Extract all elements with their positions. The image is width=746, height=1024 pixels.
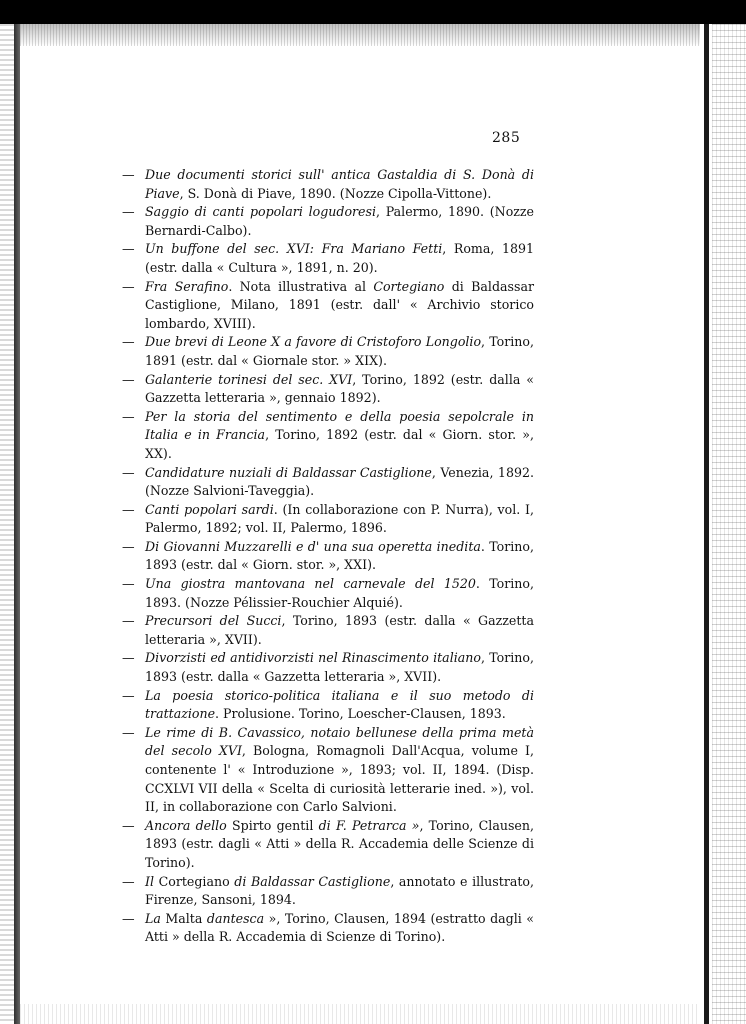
bibliography-entry: —Ancora dello Spirto gentil di F. Petrar… (122, 817, 534, 873)
bibliography-entry: —Fra Serafino. Nota illustrativa al Cort… (122, 278, 534, 334)
entry-dash: — (122, 724, 135, 743)
entry-dash: — (122, 538, 135, 557)
entry-dash: — (122, 612, 135, 631)
entry-title-italic: Candidature nuziali di Baldassar Castigl… (145, 465, 432, 480)
bibliography-entry: —Canti popolari sardi. (In collaborazion… (122, 501, 534, 538)
bibliography-entry: —Le rime di B. Cavassico, notaio bellune… (122, 724, 534, 817)
entry-title-italic: Cortegiano (373, 279, 444, 294)
bibliography-entry: —La Malta dantesca », Torino, Clausen, 1… (122, 910, 534, 947)
bibliography-entry: —Una giostra mantovana nel carnevale del… (122, 575, 534, 612)
adjacent-page-strip (712, 0, 746, 1024)
entry-dash: — (122, 910, 135, 929)
entry-title-italic: Galanterie torinesi del sec. XVI (145, 372, 352, 387)
entry-text: . Prolusione. Torino, Loescher-Clausen, … (215, 706, 506, 721)
entry-text: Cortegiano (154, 874, 234, 889)
entry-dash: — (122, 464, 135, 483)
scan-edge-left (14, 24, 20, 1024)
bibliography-entry: —Precursori del Succi, Torino, 1893 (est… (122, 612, 534, 649)
entry-title-italic: Due brevi di Leone X a favore di Cristof… (145, 334, 481, 349)
entry-dash: — (122, 501, 135, 520)
scan-edge-left-shadow (0, 24, 14, 1024)
entry-dash: — (122, 203, 135, 222)
page-number: 285 (492, 130, 520, 146)
entry-title-italic: Di Giovanni Muzzarelli e d' una sua oper… (145, 539, 481, 554)
entry-dash: — (122, 687, 135, 706)
bibliography-entry: —Saggio di canti popolari logudoresi, Pa… (122, 203, 534, 240)
bibliography-entry: —Divorzisti ed antidivorzisti nel Rinasc… (122, 649, 534, 686)
entry-title-italic: Ancora dello (145, 818, 227, 833)
entry-title-italic: di Baldassar Castiglione (234, 874, 390, 889)
entry-title-italic: Precursori del Succi (145, 613, 281, 628)
entry-title-italic: dantesca (207, 911, 264, 926)
bibliography-entry: —Il Cortegiano di Baldassar Castiglione,… (122, 873, 534, 910)
bibliography-entry: —La poesia storico-politica italiana e i… (122, 687, 534, 724)
entry-text: Malta (161, 911, 207, 926)
entry-text: , S. Donà di Piave, 1890. (Nozze Cipolla… (180, 186, 492, 201)
entry-title-italic: Divorzisti ed antidivorzisti nel Rinasci… (145, 650, 481, 665)
bibliography-entry: —Candidature nuziali di Baldassar Castig… (122, 464, 534, 501)
entry-dash: — (122, 240, 135, 259)
bibliography-list: —Due documenti storici sull' antica Gast… (122, 166, 534, 947)
bibliography-entry: —Di Giovanni Muzzarelli e d' una sua ope… (122, 538, 534, 575)
entry-dash: — (122, 873, 135, 892)
entry-text: . Nota illustrativa al (228, 279, 373, 294)
bibliography-entry: —Per la storia del sentimento e della po… (122, 408, 534, 464)
entry-dash: — (122, 333, 135, 352)
entry-dash: — (122, 817, 135, 836)
entry-dash: — (122, 278, 135, 297)
scan-noise-bottom (20, 1004, 700, 1024)
entry-title-italic: La (145, 911, 161, 926)
entry-text: Spirto gentil (227, 818, 319, 833)
entry-dash: — (122, 166, 135, 185)
entry-title-italic: Fra Serafino (145, 279, 228, 294)
scan-edge-right (704, 24, 709, 1024)
scan-noise-top (20, 24, 700, 46)
entry-dash: — (122, 371, 135, 390)
scan-dark-border-top (0, 0, 746, 24)
bibliography-entry: —Due documenti storici sull' antica Gast… (122, 166, 534, 203)
entry-dash: — (122, 649, 135, 668)
entry-title-italic: Un buffone del sec. XVI: Fra Mariano Fet… (145, 241, 442, 256)
entry-title-italic: di F. Petrarca » (319, 818, 420, 833)
entry-title-italic: Saggio di canti popolari logudoresi (145, 204, 376, 219)
entry-title-italic: Una giostra mantovana nel carnevale del … (145, 576, 476, 591)
bibliography-entry: —Galanterie torinesi del sec. XVI, Torin… (122, 371, 534, 408)
entry-title-italic: Canti popolari sardi (145, 502, 274, 517)
bibliography-entry: —Un buffone del sec. XVI: Fra Mariano Fe… (122, 240, 534, 277)
entry-dash: — (122, 575, 135, 594)
entry-dash: — (122, 408, 135, 427)
entry-title-italic: Il (145, 874, 154, 889)
bibliography-entry: —Due brevi di Leone X a favore di Cristo… (122, 333, 534, 370)
